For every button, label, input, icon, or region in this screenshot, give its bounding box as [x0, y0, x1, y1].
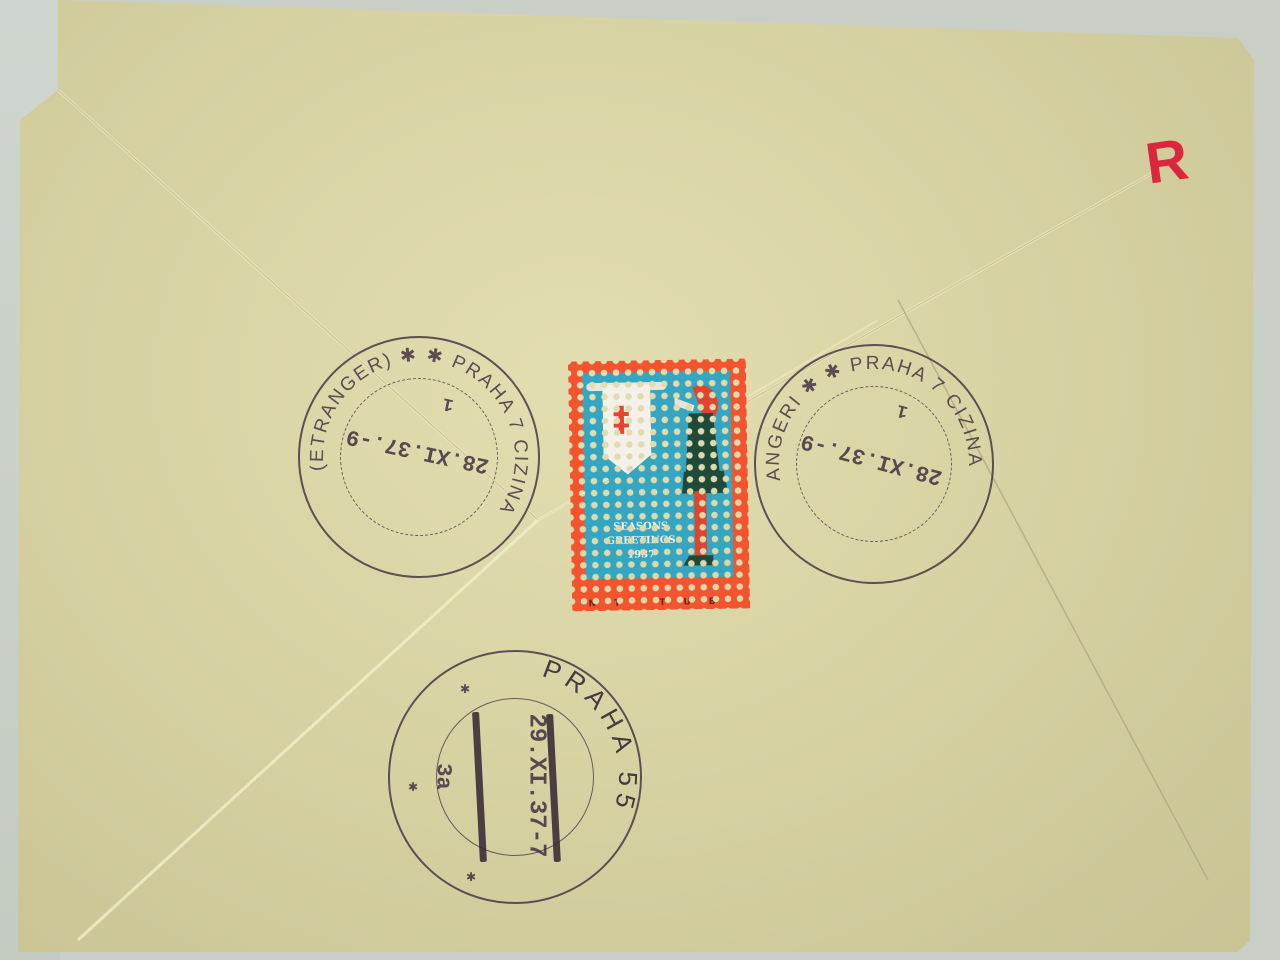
- seal-greeting: SEASONS GREETINGS 1937: [601, 520, 682, 563]
- postmark-left: (ETRANGER) ✱ ✱ PRAHA 7 CIZINA 28.XI.37.-…: [282, 320, 555, 593]
- postmark-ring-text: PRAHA 55: [390, 652, 640, 902]
- double-barred-cross-icon: ‡: [613, 403, 631, 437]
- postmark-date: 29.XI.37-7: [523, 713, 550, 857]
- postmark-code: 3a: [431, 763, 456, 789]
- seal-field: ‡ SEASONS GREETINGS 1937: [582, 371, 734, 580]
- herald-figure-icon: [674, 383, 729, 574]
- christmas-seal: ‡ SEASONS GREETINGS 1937 NT TUB: [568, 358, 750, 611]
- banner: ‡: [602, 384, 652, 475]
- star-icon: ✱: [408, 780, 418, 794]
- star-icon: ✱: [460, 682, 470, 696]
- postmark-right: ANGERI ✱ ✱ PRAHA 7 CIZINA 28.XI.37.-9 1: [735, 325, 1013, 603]
- postmark-bottom: PRAHA 55 29.XI.37-7 3a ✱ ✱ ✱: [388, 650, 642, 904]
- seal-footer: NT TUB: [572, 596, 750, 609]
- star-icon: ✱: [466, 870, 476, 884]
- svg-text:ANGERI ✱ ✱ PRAHA 7 CIZINA: ANGERI ✱ ✱ PRAHA 7 CIZINA: [745, 335, 987, 505]
